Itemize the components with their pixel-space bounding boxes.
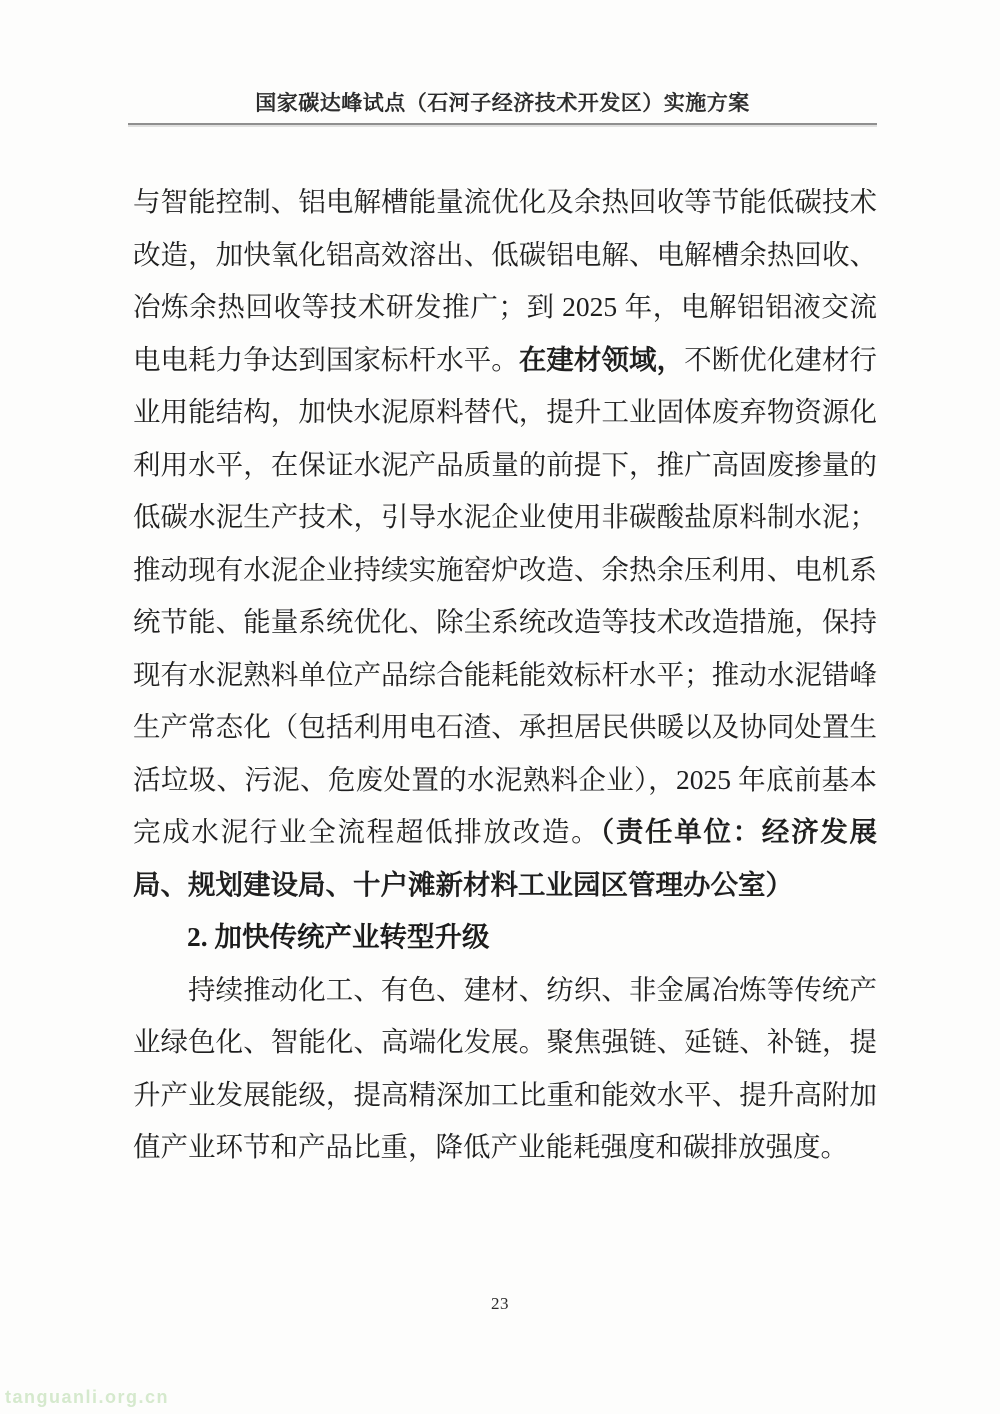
page-footer: 23 — [0, 1294, 1000, 1314]
section-heading: 2. 加快传统产业转型升级 — [133, 911, 877, 964]
bold-text-segment: 在建材领域， — [519, 344, 684, 375]
body-paragraph: 持续推动化工、有色、建材、纺织、非金属冶炼等传统产业绿色化、智能化、高端化发展。… — [133, 964, 877, 1174]
text-segment: 持续推动化工、有色、建材、纺织、非金属冶炼等传统产业绿色化、智能化、高端化发展。… — [133, 974, 877, 1163]
document-body: 与智能控制、铝电解槽能量流优化及余热回收等节能低碳技术改造，加快氧化铝高效溶出、… — [133, 176, 877, 1174]
page-number: 23 — [491, 1294, 509, 1313]
text-segment: 不断优化建材行业用能结构，加快水泥原料替代，提升工业固体废弃物资源化利用水平，在… — [133, 344, 877, 848]
page-header: 国家碳达峰试点（石河子经济技术开发区）实施方案 — [128, 0, 877, 125]
header-divider — [128, 123, 877, 125]
bold-text-segment: 2. 加快传统产业转型升级 — [187, 921, 490, 952]
document-page: 国家碳达峰试点（石河子经济技术开发区）实施方案 与智能控制、铝电解槽能量流优化及… — [0, 0, 1000, 1414]
body-paragraph: 与智能控制、铝电解槽能量流优化及余热回收等节能低碳技术改造，加快氧化铝高效溶出、… — [133, 176, 877, 911]
document-title: 国家碳达峰试点（石河子经济技术开发区）实施方案 — [128, 90, 877, 116]
site-watermark: tanguanli.org.cn — [5, 1387, 169, 1408]
